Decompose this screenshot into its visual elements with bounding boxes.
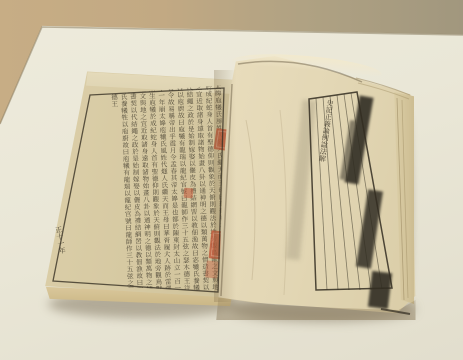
red-seal-3 (184, 188, 194, 199)
turned-page (210, 52, 425, 320)
spine-fold-shading (214, 70, 236, 302)
museum-photo-scene: 太皞庖犧氏風姓代燧人氏繼天而王母曰華胥履大人跡於雷澤而生庖犧於成紀蛇身人首有聖德… (0, 0, 463, 360)
